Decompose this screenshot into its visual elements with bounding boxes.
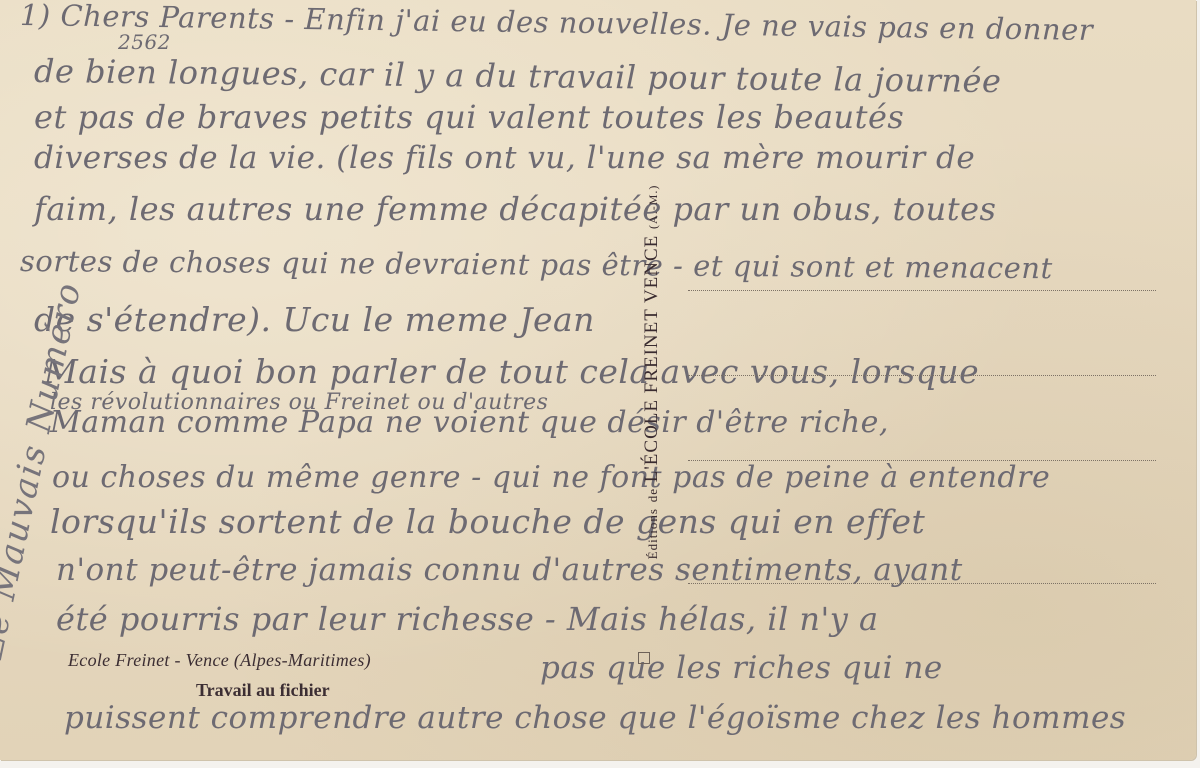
- handwritten-line-4: diverses de la vie. (les fils ont vu, l'…: [34, 140, 975, 176]
- handwritten-line-1: 1) Chers Parents - Enfin j'ai eu des nou…: [20, 0, 1094, 47]
- printed-subtitle: Ecole Freinet - Vence (Alpes-Maritimes): [68, 650, 371, 671]
- handwritten-line-5: faim, les autres une femme décapitée par…: [34, 190, 996, 228]
- handwritten-line-3: et pas de braves petits qui valent toute…: [34, 98, 904, 136]
- handwritten-line-10: Maman comme Papa ne voient que désir d'ê…: [50, 405, 889, 440]
- reference-number: 2562: [118, 30, 171, 54]
- small-printed-mark-icon: [638, 652, 650, 664]
- imprint-region: (A.-M.): [646, 185, 660, 229]
- handwritten-line-15: pas que les riches qui ne: [540, 650, 943, 686]
- imprint-de: de: [645, 488, 660, 502]
- handwritten-line-12: lorsqu'ils sortent de la bouche de gens …: [50, 502, 925, 541]
- handwritten-line-11: ou choses du même genre - qui ne font pa…: [52, 460, 1050, 495]
- address-line-3: [688, 460, 1156, 461]
- imprint-place: VENCE: [641, 235, 662, 303]
- imprint-name: L'ÉCOLE FREINET: [641, 308, 662, 482]
- handwritten-line-8: Mais à quoi bon parler de tout cela avec…: [44, 352, 979, 391]
- handwritten-line-16: puissent comprendre autre chose que l'ég…: [64, 700, 1126, 736]
- handwritten-line-2: de bien longues, car il y a du travail p…: [34, 52, 1002, 100]
- address-line-1: [688, 290, 1156, 291]
- printed-title: Travail au fichier: [196, 680, 330, 701]
- publisher-imprint: Éditions de L'ÉCOLE FREINET VENCE (A.-M.…: [641, 185, 663, 560]
- address-line-2: [688, 375, 1156, 376]
- postcard-back: 1) Chers Parents - Enfin j'ai eu des nou…: [0, 0, 1196, 760]
- imprint-prefix: Éditions: [645, 508, 660, 559]
- handwritten-line-14: été pourris par leur richesse - Mais hél…: [56, 600, 879, 638]
- handwritten-line-6: sortes de choses qui ne devraient pas êt…: [20, 244, 1053, 285]
- handwritten-line-7: de s'étendre). Ucu le meme Jean: [34, 300, 595, 339]
- address-line-4: [688, 583, 1156, 584]
